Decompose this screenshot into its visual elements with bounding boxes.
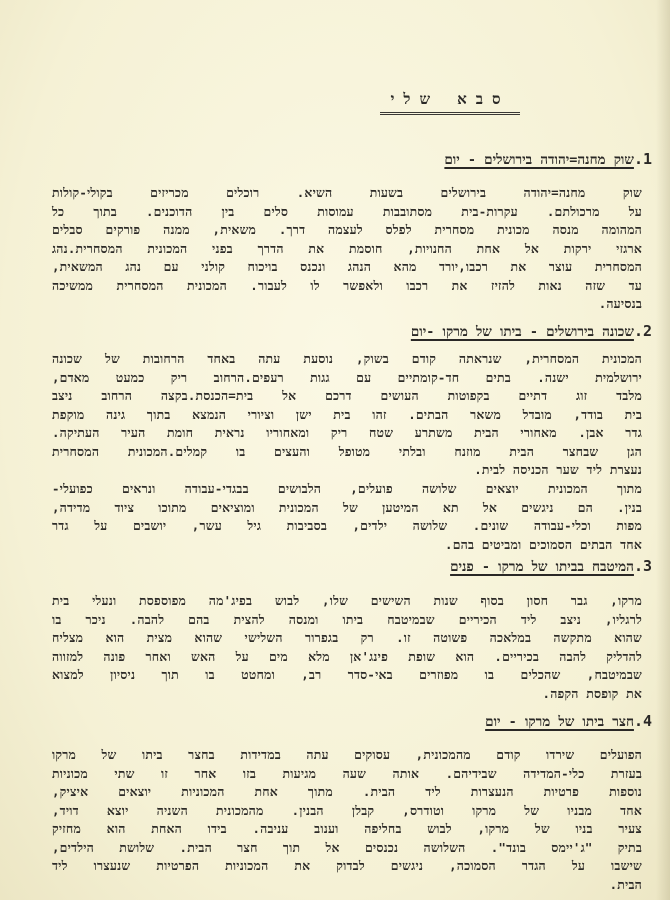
section-title: חצר ביתו של מרקו - יום — [485, 714, 634, 730]
text-line: בעזרת כלי-המדידה שבידיהם. אותה שעה מגיעו… — [52, 765, 642, 784]
section-title: המיטבח בביתו של מרקו - פנים — [450, 559, 634, 575]
text-line: הבית. — [52, 876, 642, 895]
text-line: שהוא מתקשה במלאכה פשוטה זו. רק בגפרור הש… — [52, 629, 642, 648]
text-line: שוק מחנה=יהודה בירושלים בשעות השיא. רוכל… — [52, 184, 642, 203]
text-line: מרקו, גבר חסון בסוף שנות השישים שלו, לבו… — [52, 592, 642, 611]
text-line: לרגליו, ניצב ליד הכיריים שבמיטבח ביתו ומ… — [52, 611, 642, 630]
text-line: בית בודד, מובדל משאר הבתים. זהו בית ישן … — [52, 406, 642, 425]
text-line: המכונית המסחרית, שנראתה קודם בשוק, נוסעת… — [52, 350, 642, 369]
text-line: ארגזי ירקות אל אחת החנויות, חוסמת את הדר… — [52, 240, 642, 259]
text-line: בתיק "ג'יימס בונד". השלושה נכנסים אל תוך… — [52, 839, 642, 858]
section-heading-2: 2.שכונה בירושלים - ביתו של מרקו -יום — [411, 322, 652, 340]
text-line: שישבו על הגדר הסמוכה, ניגשים לבדוק את המ… — [52, 857, 642, 876]
section-number: 4. — [634, 712, 652, 730]
text-line: מלבד זוג דתיים בקפוטות העושים דרכם אל בי… — [52, 387, 642, 406]
section-1-paragraph: שוק מחנה=יהודה בירושלים בשעות השיא. רוכל… — [52, 184, 642, 314]
text-line: עד שזה נאות להזיז את רכבו ולאפשר לו לעבו… — [52, 277, 642, 296]
text-line: נוספות פרטיות הנעצרות ליד הבית. מתוך אחת… — [52, 783, 642, 802]
text-line: אחד הבתים הסמוכים ומביטים בהם. — [52, 536, 642, 555]
document-title: סבא שלי — [380, 90, 520, 115]
text-line: ירושלמית ישנה. בתים חד-קומתיים עם גגות ר… — [52, 369, 642, 388]
text-line: בנין. הם ניגשים אל תא המיטען של המכונית … — [52, 499, 642, 518]
text-line: נעצרת ליד שער הכניסה לבית. — [52, 461, 642, 480]
text-line: הפועלים שירדו קודם מהמכונית, עסוקים עתה … — [52, 746, 642, 765]
text-line: המהומה מנסה מכונית מסחרית לפלס לעצמה דרך… — [52, 221, 642, 240]
section-number: 2. — [634, 322, 652, 340]
text-line: מתוך המכונית יוצאים שלושה פועלים, הלבושי… — [52, 480, 642, 499]
section-3-paragraph: מרקו, גבר חסון בסוף שנות השישים שלו, לבו… — [52, 592, 642, 703]
section-number: 1. — [634, 150, 652, 168]
section-2-paragraph-1: המכונית המסחרית, שנראתה קודם בשוק, נוסעת… — [52, 350, 642, 480]
section-title: שכונה בירושלים - ביתו של מרקו -יום — [411, 324, 634, 340]
text-line: שבמיטבח, שהכלים בו מפוזרים באי-סדר רב, ו… — [52, 666, 642, 685]
typewritten-page: סבא שלי 1.שוק מחנה=יהודה בירושלים - יום … — [0, 0, 670, 900]
section-number: 3. — [634, 557, 652, 575]
section-4-paragraph: הפועלים שירדו קודם מהמכונית, עסוקים עתה … — [52, 746, 642, 894]
text-line: המסחרית עוצר את רכבו,יורד מהא הנהג ונכנס… — [52, 258, 642, 277]
text-line: גדר אבן. מאחורי הבית משתרע שטח ריק ומאחו… — [52, 424, 642, 443]
text-line: אחד מבניו של מרקו וטודרס, קבלן הבנין. מה… — [52, 802, 642, 821]
section-2-paragraph-2: מתוך המכונית יוצאים שלושה פועלים, הלבושי… — [52, 480, 642, 554]
text-line: להדליק להבה בכיריים. הוא שופת פינג'אן מל… — [52, 648, 642, 667]
section-title: שוק מחנה=יהודה בירושלים - יום — [444, 152, 634, 168]
text-line: מפות וכלי-עבודה שונים. שלושה ילדים, בסבי… — [52, 517, 642, 536]
text-line: הגן שבחצר הבית מוזנח ובלתי מטופל והעצים … — [52, 443, 642, 462]
section-heading-4: 4.חצר ביתו של מרקו - יום — [485, 712, 652, 730]
text-line: בנסיעה. — [52, 295, 642, 314]
section-heading-3: 3.המיטבח בביתו של מרקו - פנים — [450, 557, 652, 575]
page-edge-shadow — [656, 0, 670, 900]
text-line: על מרכולתם. עקרות-בית מסתובבות עמוסות סל… — [52, 203, 642, 222]
text-line: צעיר בניו של מרקו, לבוש בחליפה וענוב עני… — [52, 820, 642, 839]
section-heading-1: 1.שוק מחנה=יהודה בירושלים - יום — [444, 150, 652, 168]
text-line: את קופסת הקפה. — [52, 685, 642, 704]
